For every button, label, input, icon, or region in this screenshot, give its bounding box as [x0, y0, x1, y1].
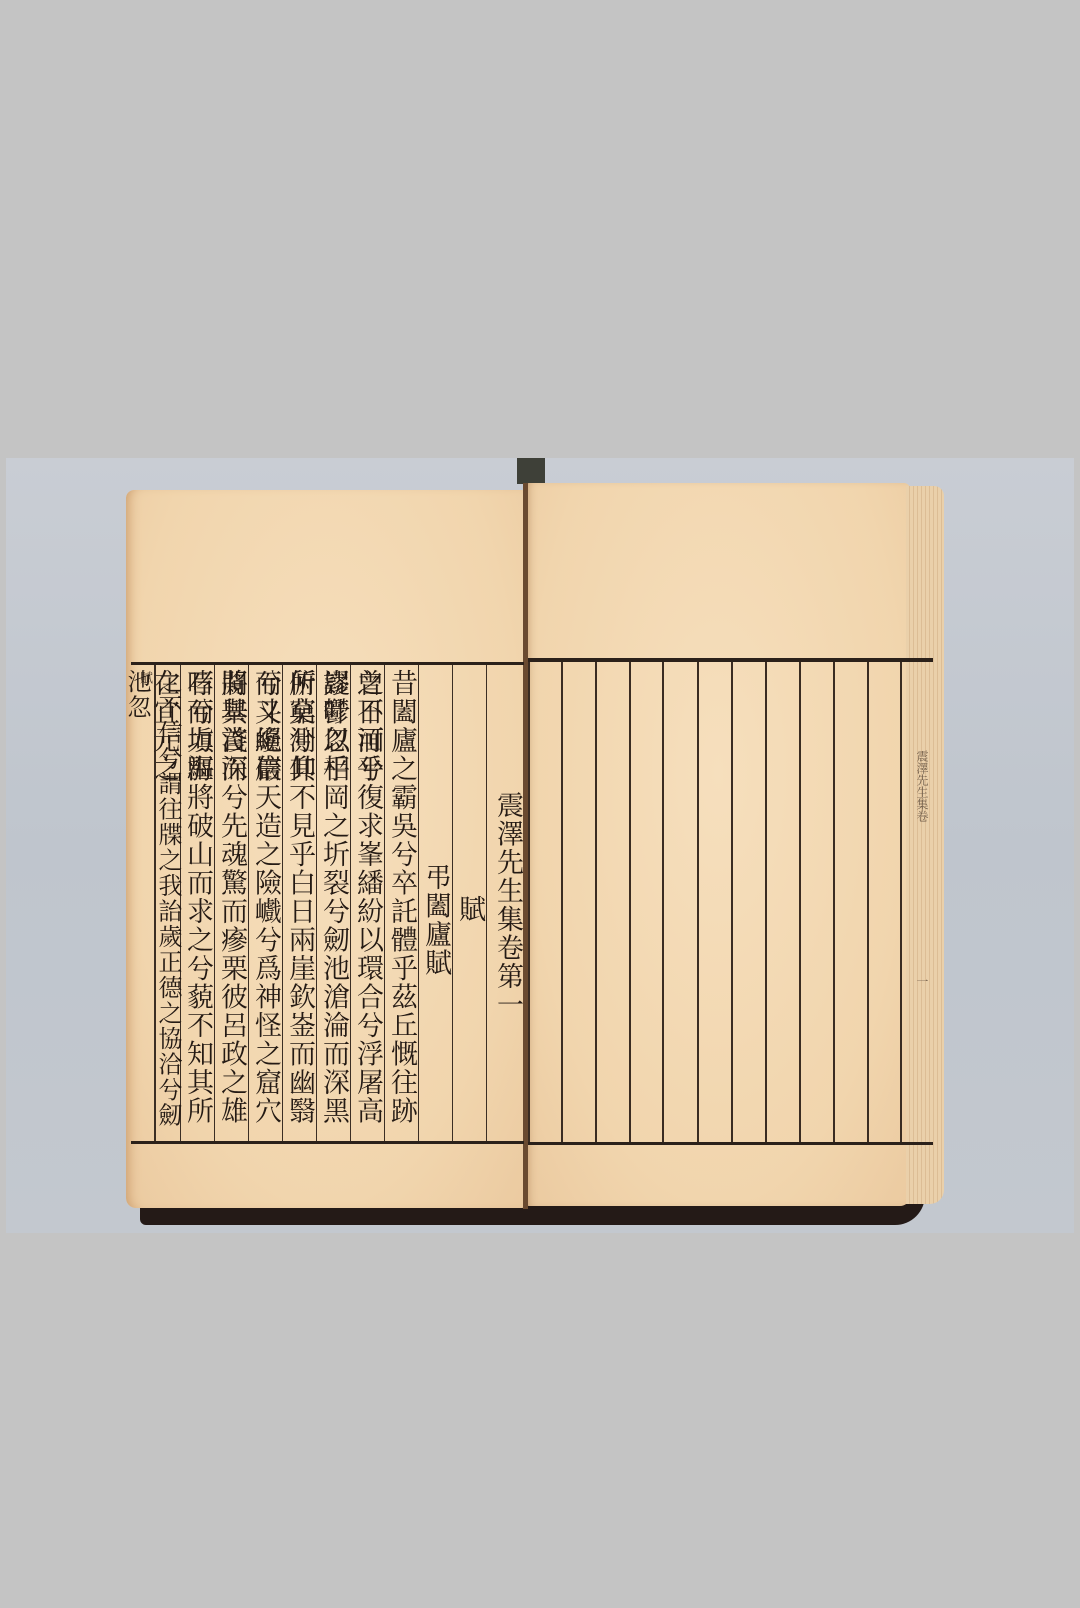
column-piece-title: 弔闔廬賦: [418, 665, 452, 1141]
column-text-2: 曾不可乎復求峯繙紛以環合兮浮屠高嶷鬱以相: [350, 665, 384, 1141]
column-text-4: 所竆兮仰不見乎白日兩崖欽崟而幽翳兮又巉巖: [282, 665, 316, 1141]
column-text-8: 之不信兮謂往牒之我詒歲正德之協洽兮劒池忽: [155, 665, 183, 1141]
column-book-title: 震澤先生集卷第一: [486, 665, 524, 1141]
column-section-heading: 賦: [452, 665, 486, 1141]
book-spine: [517, 458, 545, 484]
column-text-7: 石而塡海將破山而求之兮藐不知其所在宜元之: [180, 665, 214, 1141]
column-text-5: 而斗絕信天造之險巇兮爲神怪之窟穴將舉首而: [248, 665, 282, 1141]
right-ruled-frame: [528, 658, 933, 1145]
fold-edge-title: 震澤先生集卷: [905, 750, 931, 822]
left-text-frame: 賦 震澤先生集卷第一 賦 弔闔廬賦 昔闔廬之霸吳兮卒託體乎茲丘慨往跡之日湎兮 曾…: [131, 662, 524, 1144]
column-text-6: 闚其淺深兮先魂驚而瘮栗彼呂政之雄哮兮力驅: [214, 665, 248, 1141]
column-text-1: 昔闔廬之霸吳兮卒託體乎茲丘慨往跡之日湎兮: [384, 665, 418, 1141]
column-text-3: 謬叶忽乎岡之圻裂兮劒池滄淪而深黑俯莫測其: [316, 665, 350, 1141]
fold-edge-page-number: 一: [905, 975, 931, 987]
